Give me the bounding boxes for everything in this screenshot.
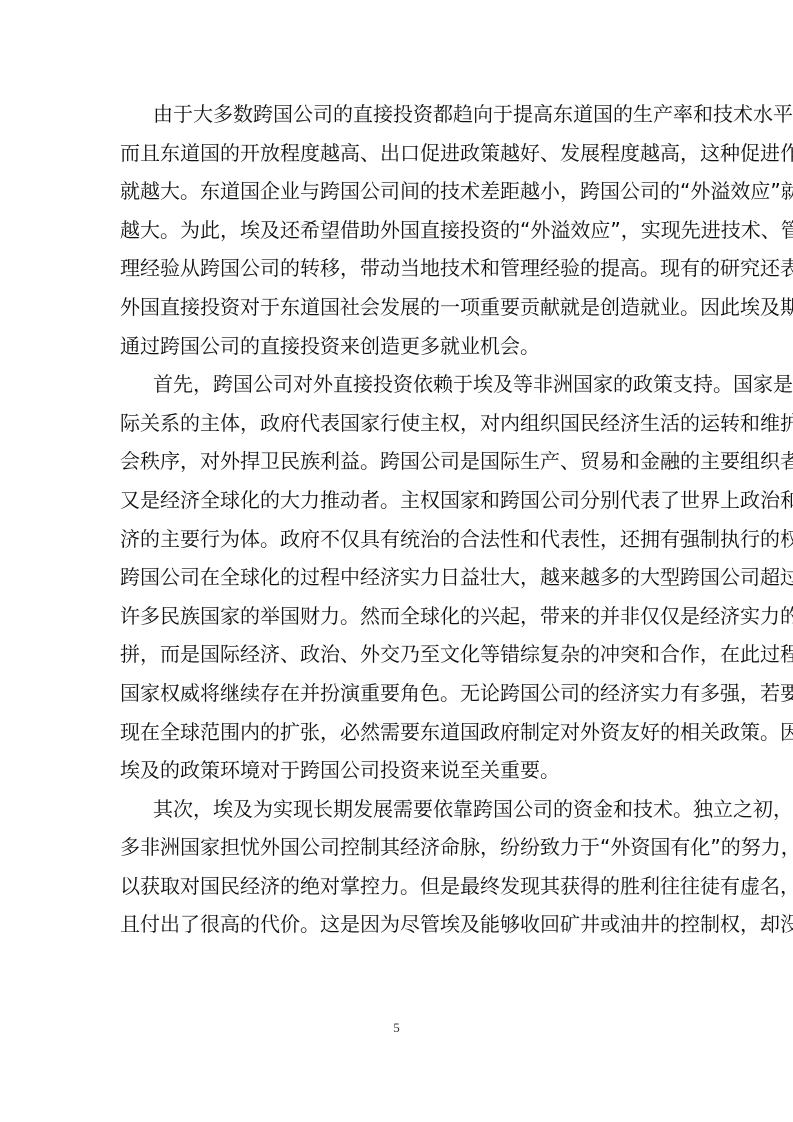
text-line: 通过跨国公司的直接投资来创造更多就业机会。	[120, 327, 673, 366]
text-line: 国家权威将继续存在并扮演重要角色。无论跨国公司的经济实力有多强，若要实	[120, 674, 673, 713]
page-number: 5	[0, 1020, 793, 1036]
text-line: 理经验从跨国公司的转移，带动当地技术和管理经验的提高。现有的研究还表明’	[120, 249, 673, 288]
paragraph-policy-support: 首先，跨国公司对外直接投资依赖于埃及等非洲国家的政策支持。国家是国 际关系的主体…	[120, 365, 673, 790]
text-line: 越大。为此，埃及还希望借助外国直接投资的“外溢效应”，实现先进技术、管	[120, 211, 673, 250]
text-line: 跨国公司在全球化的过程中经济实力日益壮大，越来越多的大型跨国公司超过了	[120, 558, 673, 597]
text-line: 多非洲国家担忧外国公司控制其经济命脉，纷纷致力于“外资国有化”的努力，	[120, 828, 673, 867]
body-text: 由于大多数跨国公司的直接投资都趋向于提高东道国的生产率和技术水平， 而且东道国的…	[120, 95, 673, 944]
text-line: 其次，埃及为实现长期发展需要依靠跨国公司的资金和技术。独立之初，许	[120, 790, 673, 829]
text-line: 就越大。东道国企业与跨国公司间的技术差距越小，跨国公司的“外溢效应”就	[120, 172, 673, 211]
paragraph-capital-technology: 其次，埃及为实现长期发展需要依靠跨国公司的资金和技术。独立之初，许 多非洲国家担…	[120, 790, 673, 944]
text-line: 济的主要行为体。政府不仅具有统治的合法性和代表性，还拥有强制执行的权力。	[120, 520, 673, 559]
text-line: 外国直接投资对于东道国社会发展的一项重要贡献就是创造就业。因此埃及期望	[120, 288, 673, 327]
text-line: 际关系的主体，政府代表国家行使主权，对内组织国民经济生活的运转和维护社	[120, 404, 673, 443]
document-page: 由于大多数跨国公司的直接投资都趋向于提高东道国的生产率和技术水平， 而且东道国的…	[0, 0, 793, 1122]
text-line: 且付出了很高的代价。这是因为尽管埃及能够收回矿井或油井的控制权，却没有	[120, 905, 673, 944]
text-line: 拼，而是国际经济、政治、外交乃至文化等错综复杂的冲突和合作，在此过程中	[120, 635, 673, 674]
text-line: 会秩序，对外捍卫民族利益。跨国公司是国际生产、贸易和金融的主要组织者，	[120, 442, 673, 481]
text-line: 现在全球范围内的扩张，必然需要东道国政府制定对外资友好的相关政策。因此	[120, 713, 673, 752]
text-line: 而且东道国的开放程度越高、出口促进政策越好、发展程度越高，这种促进作用	[120, 134, 673, 173]
text-line: 由于大多数跨国公司的直接投资都趋向于提高东道国的生产率和技术水平，	[120, 95, 673, 134]
paragraph-fdi-spillover: 由于大多数跨国公司的直接投资都趋向于提高东道国的生产率和技术水平， 而且东道国的…	[120, 95, 673, 365]
text-line: 首先，跨国公司对外直接投资依赖于埃及等非洲国家的政策支持。国家是国	[120, 365, 673, 404]
text-line: 埃及的政策环境对于跨国公司投资来说至关重要。	[120, 751, 673, 790]
text-line: 又是经济全球化的大力推动者。主权国家和跨国公司分别代表了世界上政治和经	[120, 481, 673, 520]
text-line: 以获取对国民经济的绝对掌控力。但是最终发现其获得的胜利往往徒有虚名，而	[120, 867, 673, 906]
text-line: 许多民族国家的举国财力。然而全球化的兴起，带来的并非仅仅是经济实力的比	[120, 597, 673, 636]
